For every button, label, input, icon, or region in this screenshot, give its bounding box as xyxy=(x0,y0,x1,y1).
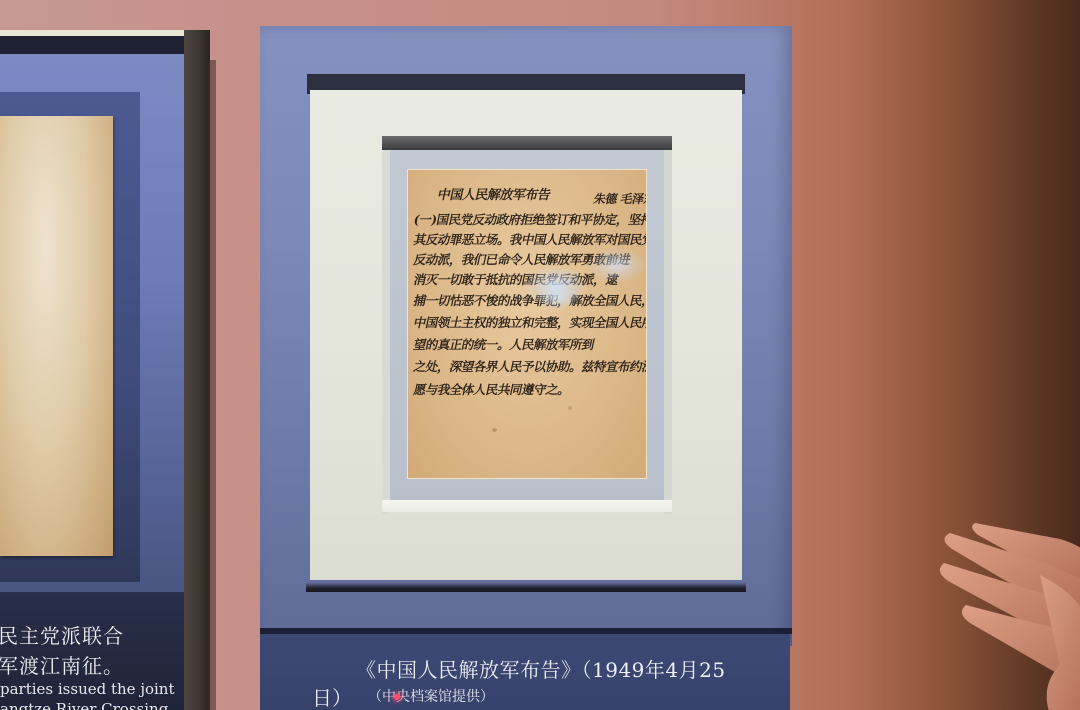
paper-stain xyxy=(504,388,510,393)
document-line: 愿与我全体人民共同遵守之。 xyxy=(412,380,572,398)
left-caption-cn-line-1: 民主党派联合 xyxy=(0,620,124,649)
hand-icon xyxy=(930,515,1080,710)
document-line: 中国领土主权的独立和完整，实现全国人民所渴 xyxy=(412,313,646,331)
left-frame-recess xyxy=(0,36,184,54)
left-caption-en-line-1: parties issued the joint xyxy=(0,680,175,698)
document-line: 之处，深望各界人民予以协助。兹特宣布约法八章， xyxy=(412,357,646,375)
glass-glare xyxy=(588,248,646,282)
paper-stain xyxy=(568,406,572,410)
frame-bottom-ledge xyxy=(306,582,746,592)
red-light-reflection xyxy=(394,694,400,700)
left-caption-en-line-2: angtze River Crossing xyxy=(0,700,168,710)
mat-bevel-right xyxy=(664,144,672,514)
document-line: 消灭一切敢于抵抗的国民党反动派，逮 xyxy=(412,270,620,288)
left-frame-side xyxy=(184,30,210,710)
paper-stain xyxy=(492,428,497,432)
left-caption-cn-line-2: 军渡江南征。 xyxy=(0,650,124,679)
document-line: 其反动罪恶立场。我中国人民解放军对国民党 xyxy=(412,230,646,248)
caption-title: 《中国人民解放军布告》（1949年4月25 xyxy=(356,654,726,683)
left-frame-shadow xyxy=(208,60,216,710)
mat-bevel-left xyxy=(382,144,390,514)
caption-plate: 《中国人民解放军布告》（1949年4月25 日） （中央档案馆提供） xyxy=(260,634,790,710)
caption-source: （中央档案馆提供） xyxy=(368,686,494,706)
glass-glare xyxy=(538,284,578,310)
document-line: (一)国民党反动政府拒绝签订和平协定，坚持 xyxy=(412,210,646,228)
document-signature: 朱德 毛泽东 xyxy=(592,190,646,207)
mat-bevel-top xyxy=(382,136,672,150)
manuscript-document: 中国人民解放军布告 朱德 毛泽东 (一)国民党反动政府拒绝签订和平协定，坚持 其… xyxy=(408,170,646,478)
document-line: 望的真正的统一。人民解放军所到 xyxy=(412,335,596,353)
mat-bevel-bottom xyxy=(382,500,672,512)
left-document-paper xyxy=(0,116,113,556)
document-title: 中国人民解放军布告 xyxy=(436,184,553,203)
caption-title-continued: 日） xyxy=(312,682,352,710)
left-caption-panel: 民主党派联合 军渡江南征。 parties issued the joint a… xyxy=(0,592,184,710)
